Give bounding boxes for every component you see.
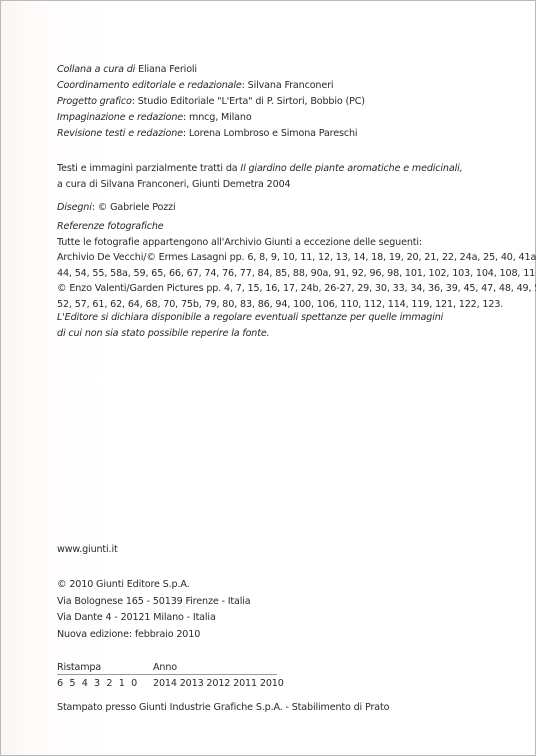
copyright-line: © 2010 Giunti Editore S.p.A.: [57, 577, 250, 594]
edition-date: Nuova edizione: febbraio 2010: [57, 627, 250, 644]
photo-reference-line: 44, 54, 55, 58a, 59, 65, 66, 67, 74, 76,…: [57, 266, 536, 282]
source-prefix: Testi e immagini parzialmente tratti da: [57, 163, 240, 174]
credit-label: Collana a cura di: [57, 64, 135, 75]
credit-value: Studio Editoriale "L'Erta" di P. Sirtori…: [138, 96, 365, 107]
website-link[interactable]: www.giunti.it: [57, 542, 118, 558]
reprint-label: Ristampa: [57, 660, 101, 676]
source-book-title: Il giardino delle piante aromatiche e me…: [240, 163, 462, 174]
credit-text-revision: Revisione testi e redazione: Lorena Lomb…: [57, 126, 365, 142]
reprint-values: 6 5 4 3 2 1 0: [57, 676, 139, 692]
printer-info: Stampato presso Giunti Industrie Grafich…: [57, 700, 389, 716]
source-note: Testi e immagini parzialmente tratti da …: [57, 161, 463, 193]
address-florence: Via Bolognese 165 - 50139 Firenze - Ital…: [57, 594, 250, 611]
credit-label: Revisione testi e redazione: [57, 128, 183, 139]
credit-value: Lorena Lombroso e Simona Pareschi: [189, 128, 358, 139]
photo-reference-line: © Enzo Valenti/Garden Pictures pp. 4, 7,…: [57, 281, 536, 297]
drawings-label: Disegni: [57, 202, 92, 213]
credits-block: Collana a cura di Eliana Ferioli Coordin…: [57, 62, 365, 142]
printing-header-row: Ristampa Anno: [57, 660, 282, 673]
drawings-credit: Disegni: © Gabriele Pozzi: [57, 200, 176, 216]
credit-value: mncg, Milano: [189, 112, 252, 123]
credit-value: Eliana Ferioli: [138, 64, 197, 75]
address-milan: Via Dante 4 - 20121 Milano - Italia: [57, 610, 250, 627]
colophon-page: Collana a cura di Eliana Ferioli Coordin…: [0, 0, 536, 756]
publisher-info: © 2010 Giunti Editore S.p.A. Via Bologne…: [57, 577, 250, 643]
photo-reference-line: Tutte le fotografie appartengono all'Arc…: [57, 235, 536, 251]
photo-reference-line: Archivio De Vecchi/© Ermes Lasagni pp. 6…: [57, 250, 536, 266]
source-line-1: Testi e immagini parzialmente tratti da …: [57, 161, 463, 177]
photo-references: Referenze fotografiche Tutte le fotograf…: [57, 219, 536, 313]
disclaimer-line: L'Editore si dichiara disponibile a rego…: [57, 310, 443, 326]
printing-table: Ristampa Anno 6 5 4 3 2 1 0 2014 2013 20…: [57, 660, 282, 689]
credit-graphic-design: Progetto grafico: Studio Editoriale "L'E…: [57, 94, 365, 110]
printing-values-row: 6 5 4 3 2 1 0 2014 2013 2012 2011 2010: [57, 676, 282, 689]
credit-label: Impaginazione e redazione: [57, 112, 183, 123]
year-values: 2014 2013 2012 2011 2010: [153, 676, 284, 692]
credit-editorial-coordination: Coordinamento editoriale e redazionale: …: [57, 78, 365, 94]
year-label: Anno: [153, 660, 177, 676]
credit-label: Coordinamento editoriale e redazionale: [57, 80, 242, 91]
credit-layout: Impaginazione e redazione: mncg, Milano: [57, 110, 365, 126]
source-line-2: a cura di Silvana Franconeri, Giunti Dem…: [57, 177, 463, 193]
disclaimer-line: di cui non sia stato possibile reperire …: [57, 326, 443, 342]
publisher-disclaimer: L'Editore si dichiara disponibile a rego…: [57, 310, 443, 342]
drawings-value: : © Gabriele Pozzi: [92, 202, 176, 213]
photo-references-heading: Referenze fotografiche: [57, 219, 536, 235]
credit-series-editor: Collana a cura di Eliana Ferioli: [57, 62, 365, 78]
credit-value: Silvana Franconeri: [248, 80, 334, 91]
credit-label: Progetto grafico: [57, 96, 132, 107]
